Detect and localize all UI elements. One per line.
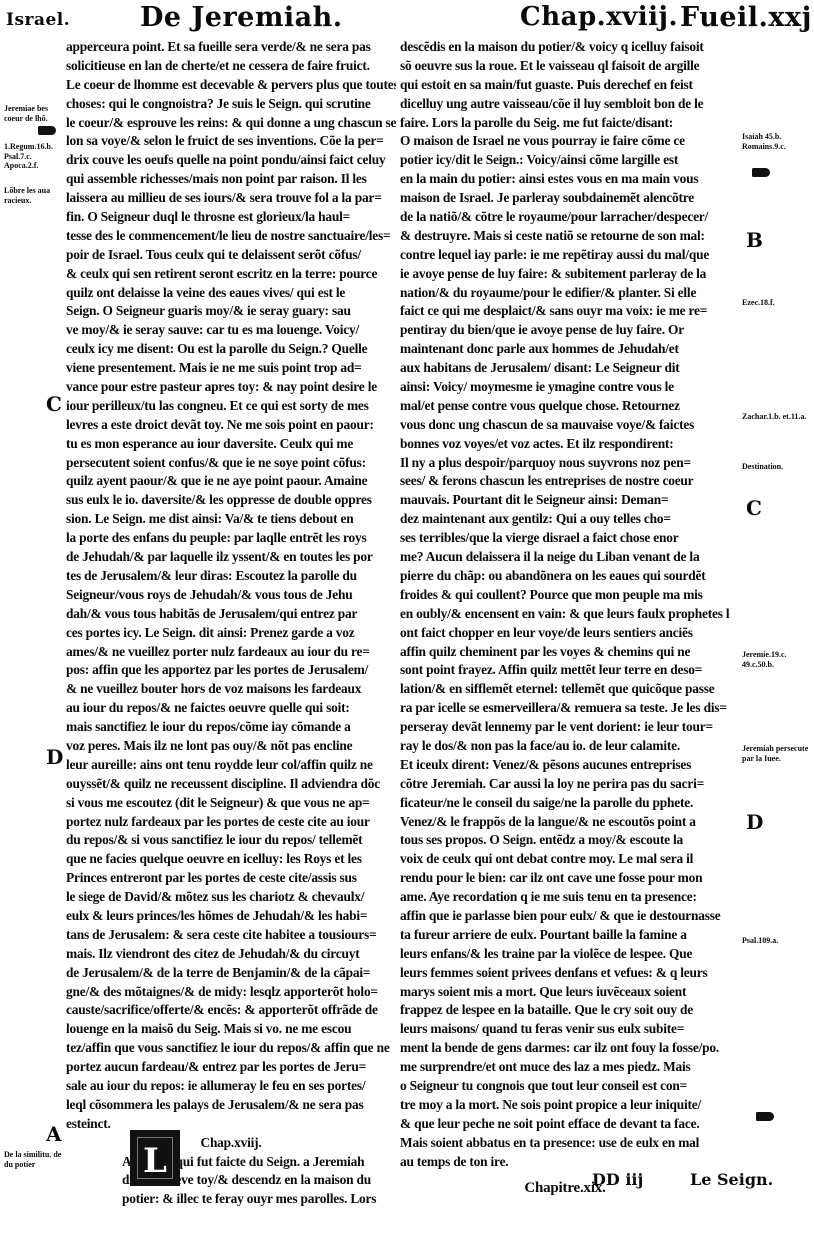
text-line: ames/& ne vueillez porter nulz fardeaux … (66, 643, 396, 662)
text-line: lation/& en sifflemẽt eternel: tellemẽt … (400, 680, 730, 699)
right-body-text: descẽdis en la maison du potier/& voicy … (400, 38, 730, 1171)
text-line: marys soient mis a mort. Que leurs iuvẽc… (400, 983, 730, 1002)
text-line: leurs maisons/ quand tu feras venir sus … (400, 1020, 730, 1039)
chapter-opening-text: A parolle qui fut faicte du Seign. a Jer… (66, 1153, 396, 1210)
text-line: ses terribles/que la vierge disrael a fa… (400, 529, 730, 548)
text-line: de Jehudah/& par laquelle ilz yssent/& e… (66, 548, 396, 567)
text-line: ainsi: Voicy/ moymesme ie ymagine contre… (400, 378, 730, 397)
text-line: affin quilz cheminent par les voyes & ch… (400, 643, 730, 662)
section-letter: D (46, 745, 63, 769)
text-line: tu es mon esperance au iour daversite. C… (66, 435, 396, 454)
text-line: eulx & leurs princes/les hõmes de Jehuda… (66, 907, 396, 926)
text-line: levres a este droict devãt toy. Ne me so… (66, 416, 396, 435)
text-line: le siege de David/& mõtez sus les chario… (66, 888, 396, 907)
text-line: froides & qui coullent? Pource que mon p… (400, 586, 730, 605)
right-margin-note: Jeremiah persecute par la Iuee. (742, 744, 812, 763)
text-line: causte/sacrifice/offerte/& encẽs: & appo… (66, 1001, 396, 1020)
text-line: iour perilleux/tu las congneu. Et ce qui… (66, 397, 396, 416)
text-line: me surprendre/et ont muce des laz a mes … (400, 1058, 730, 1077)
text-line: tesse des le commencement/le lieu de nos… (66, 227, 396, 246)
text-line: cõtre Jeremiah. Car aussi la loy ne peri… (400, 775, 730, 794)
text-line: ame. Aye recordation q ie me suis tenu e… (400, 888, 730, 907)
right-margin-note: Ezec.18.f. (742, 298, 812, 308)
text-line: ray le dos/& non pas la face/au io. de l… (400, 737, 730, 756)
text-line: viene presentement. Mais ie ne me suis p… (66, 359, 396, 378)
text-line: me? Aucun delaissera il la neige du Liba… (400, 548, 730, 567)
text-line: leur aureille: ains ont tenu roydde leur… (66, 756, 396, 775)
text-line: tre moy a la mort. Ne sois point propice… (400, 1096, 730, 1115)
text-line: sion. Le Seign. me dist ainsi: Va/& te t… (66, 510, 396, 529)
text-line: fin. O Seigneur duql le throsne est glor… (66, 208, 396, 227)
text-line: rendu pour le bien: car ilz ont cave une… (400, 869, 730, 888)
text-line: sont point frayez. Affin quilz mettẽt le… (400, 661, 730, 680)
text-line: que ne facies quelque oeuvre en icelluy:… (66, 850, 396, 869)
text-line: la porte des enfans du peuple: par laqll… (66, 529, 396, 548)
section-letter: D (746, 810, 763, 834)
text-line: si vous me escoutez (dit le Seigneur) & … (66, 794, 396, 813)
text-line: portez nulz fardeaux par les portes de c… (66, 813, 396, 832)
text-line: vous donc ung chascun de sa mauvaise voy… (400, 416, 730, 435)
text-line: lon sa voye/& selon le fruict de ses inv… (66, 132, 396, 151)
decorated-initial: L (130, 1130, 180, 1186)
text-line: dicelluy ung autre vaisseau/cõe il luy s… (400, 95, 730, 114)
right-margin-note: Zachar.1.b. et.11.a. (742, 412, 812, 422)
folio-number: Fueil.xxj. (680, 2, 814, 33)
text-line: frappez de lespee en la bataille. Que le… (400, 1001, 730, 1020)
text-line: apperceura point. Et sa fueille sera ver… (66, 38, 396, 57)
text-line: faict ce qui me desplaict/& sans ouyr ma… (400, 302, 730, 321)
text-line: ra par icelle se esmerveillera/& remuera… (400, 699, 730, 718)
text-line: mais. Ilz viendront des citez de Jehudah… (66, 945, 396, 964)
text-line: persecutent soient confus/& que ie ne so… (66, 454, 396, 473)
text-line: poir de Israel. Tous ceulx qui te delais… (66, 246, 396, 265)
text-line: choses: qui le congnoistra? Je suis le S… (66, 95, 396, 114)
text-line: ouyssẽt/& quilz ne receussent discipline… (66, 775, 396, 794)
text-line: solicitieuse en lan de cherte/et ne cess… (66, 57, 396, 76)
text-line: sus eulx le io. daversite/& les oppresse… (66, 491, 396, 510)
text-line: & ceulx qui sen retirent seront escritz … (66, 265, 396, 284)
text-line: ta fureur arriere de eulx. Pourtant bail… (400, 926, 730, 945)
text-line: voz peres. Mais ilz ne lont pas ouy/& nõ… (66, 737, 396, 756)
text-line: maintenant donc parle aux hommes de Jehu… (400, 340, 730, 359)
catchword: Le Seign. (690, 1170, 773, 1189)
chapter-heading-xix: Chapitre.xix. (400, 1179, 730, 1198)
text-line: ceulx icy me disent: Ou est la parolle d… (66, 340, 396, 359)
text-line: Princes entreront par les portes de cest… (66, 869, 396, 888)
text-line: mais sanctifiez le iour du repos/cõme ia… (66, 718, 396, 737)
left-margin-note: De la similitu. de du potier (4, 1150, 62, 1169)
text-line: ces portes icy. Le Seign. dit ainsi: Pre… (66, 624, 396, 643)
text-line: du repos/& si vous sanctifiez le iour du… (66, 831, 396, 850)
text-line: maison de Israel. Je parleray soubdainem… (400, 189, 730, 208)
right-margin-note: Isaiah 45.b. Romains.9.c. (742, 132, 812, 151)
section-letter: A (46, 1122, 62, 1146)
left-margin-note: Lõbre les aua racieux. (4, 186, 62, 205)
text-line: en oubly/& encensent en vain: & que leur… (400, 605, 730, 624)
text-line: laissera au millieu de ses iours/& sera … (66, 189, 396, 208)
left-margin-note: Jeremiae bes coeur de lhõ. (4, 104, 62, 123)
text-line: en la main du potier: ainsi estes vous e… (400, 170, 730, 189)
text-line: mauvais. Pourtant dit le Seigneur ainsi:… (400, 491, 730, 510)
chapter-header: Chap.xviij. (520, 2, 678, 32)
text-line: gne/& des mõtaignes/& de midy: lesqlz ap… (66, 983, 396, 1002)
text-line: leurs enfans/& les traine par la violẽce… (400, 945, 730, 964)
text-line: & destruyre. Mais si ceste natiõ se reto… (400, 227, 730, 246)
text-line: vance pour estre pasteur apres toy: & na… (66, 378, 396, 397)
text-line: Seign. O Seigneur guaris moy/& ie seray … (66, 302, 396, 321)
right-margin-note: Jeremie.19.c. 49.c.50.b. (742, 650, 812, 669)
text-line: qui estoit en sa main/fut guaste. Puis d… (400, 76, 730, 95)
text-line: au temps de ton ire. (400, 1153, 730, 1172)
pointing-hand-icon (38, 126, 56, 135)
book-title: De Jeremiah. (140, 2, 343, 33)
text-line: ie avoye pense de luy faire: & subitemen… (400, 265, 730, 284)
text-line: & ne vueillez bouter hors de voz maisons… (66, 680, 396, 699)
left-text-column: apperceura point. Et sa fueille sera ver… (66, 38, 396, 1209)
text-line: nation/& du royaume/pour le edifier/& pl… (400, 284, 730, 303)
text-line: de Jerusalem/& de la terre de Benjamin/&… (66, 964, 396, 983)
text-line: ve moy/& ie seray sauve: car tu es ma lo… (66, 321, 396, 340)
text-line: perseray devãt lennemy par le vent dorie… (400, 718, 730, 737)
text-line: affin que ie parlasse bien pour eulx/ & … (400, 907, 730, 926)
chapter-heading-xviij: Chap.xviij. (66, 1134, 396, 1153)
text-line: qui assemble richesses/mais non point pa… (66, 170, 396, 189)
text-line: Le coeur de lhomme est decevable & perve… (66, 76, 396, 95)
text-line: portez aucun fardeau/& entrez par les po… (66, 1058, 396, 1077)
text-line: tes de Jerusalem/& leur diras: Escoutez … (66, 567, 396, 586)
text-line: quilz ont delaisse la veine des eaues vi… (66, 284, 396, 303)
text-line: potier icy/dit le Seign.: Voicy/ainsi cõ… (400, 151, 730, 170)
text-line: tous ses propos. O Seign. entẽdz a moy/&… (400, 831, 730, 850)
left-body-text: apperceura point. Et sa fueille sera ver… (66, 38, 396, 1134)
section-letter: C (746, 496, 762, 520)
text-line: aux habitans de Jerusalem/ disant: Le Se… (400, 359, 730, 378)
section-letter: C (46, 392, 62, 416)
text-line: contre lequel iay parle: ie me repẽtiray… (400, 246, 730, 265)
text-line: leurs femmes soient privees denfans et v… (400, 964, 730, 983)
text-line: pentiray du bien/que ie avoye pense de l… (400, 321, 730, 340)
text-line: drix couve les oeufs quelle na point pon… (66, 151, 396, 170)
text-line: descẽdis en la maison du potier/& voicy … (400, 38, 730, 57)
text-line: dez maintenant aux gentilz: Qui a ouy te… (400, 510, 730, 529)
pointing-hand-icon (752, 168, 770, 177)
right-margin-note: Psal.109.a. (742, 936, 812, 946)
running-head-left: Israel. (6, 10, 70, 30)
text-line: Il ny a plus despoir/parquoy nous suyvro… (400, 454, 730, 473)
text-line: sees/ & ferons chascun les entreprises d… (400, 472, 730, 491)
text-line: leql cõsommera les palays de Jerusalem/&… (66, 1096, 396, 1115)
text-line: Et iceulx dirent: Venez/& pẽsons aucunes… (400, 756, 730, 775)
text-line: O maison de Israel ne vous pourray ie fa… (400, 132, 730, 151)
text-line: sõ oeuvre sus la roue. Et le vaisseau ql… (400, 57, 730, 76)
text-line: ont faict chopper en leur voye/de leurs … (400, 624, 730, 643)
text-line: quilz ayent paour/& que ie ne aye point … (66, 472, 396, 491)
text-line: tez/affin que vous sanctifiez le iour du… (66, 1039, 396, 1058)
right-margin-note: Destination. (742, 462, 812, 472)
left-margin-note: 1.Regum.16.b. Psal.7.c. Apoca.2.f. (4, 142, 62, 171)
text-line: potier: & illec te feray ouyr mes paroll… (122, 1190, 396, 1209)
text-line: ment la bende de gens darmes: car ilz on… (400, 1039, 730, 1058)
text-line: dah/& vous tous habitãs de Jerusalem/qui… (66, 605, 396, 624)
text-line: louenge en la maisõ du Seig. Mais si vo.… (66, 1020, 396, 1039)
text-line: au iour du repos/& ne faictes oeuvre que… (66, 699, 396, 718)
initial-letter: L (143, 1141, 167, 1181)
section-letter: B (746, 228, 763, 252)
text-line: Seigneur/vous roys de Jehudah/& vous tou… (66, 586, 396, 605)
text-line: o Seigneur tu congnois que tout leur con… (400, 1077, 730, 1096)
text-line: esteinct. (66, 1115, 396, 1134)
signature-mark: DD iij (592, 1170, 643, 1189)
text-line: bonnes voz voyes/et voz actes. Et ilz re… (400, 435, 730, 454)
text-line: voix de ceulx qui ont debat contre moy. … (400, 850, 730, 869)
text-line: mal/et pense contre vous quelque chose. … (400, 397, 730, 416)
text-line: pos: affin que les apportez par les port… (66, 661, 396, 680)
text-line: Venez/& le frappõs de la langue/& ne esc… (400, 813, 730, 832)
text-line: Mais soient abbatus en ta presence: use … (400, 1134, 730, 1153)
text-line: de la natiõ/& cõtre le royaume/pour larr… (400, 208, 730, 227)
text-line: ficateur/ne le conseil du saige/ne la pa… (400, 794, 730, 813)
text-line: sale au iour du repos: ie allumeray le f… (66, 1077, 396, 1096)
pointing-hand-icon (756, 1112, 774, 1121)
text-line: faire. Lors la parolle du Seig. me fut f… (400, 114, 730, 133)
text-line: & que leur peche ne soit point efface de… (400, 1115, 730, 1134)
text-line: le coeur/& esprouve les reins: & qui don… (66, 114, 396, 133)
text-line: pierre du chãp: ou abandõnera on les eau… (400, 567, 730, 586)
right-text-column: descẽdis en la maison du potier/& voicy … (400, 38, 730, 1198)
text-line: tans de Jerusalem: & sera ceste cite hab… (66, 926, 396, 945)
